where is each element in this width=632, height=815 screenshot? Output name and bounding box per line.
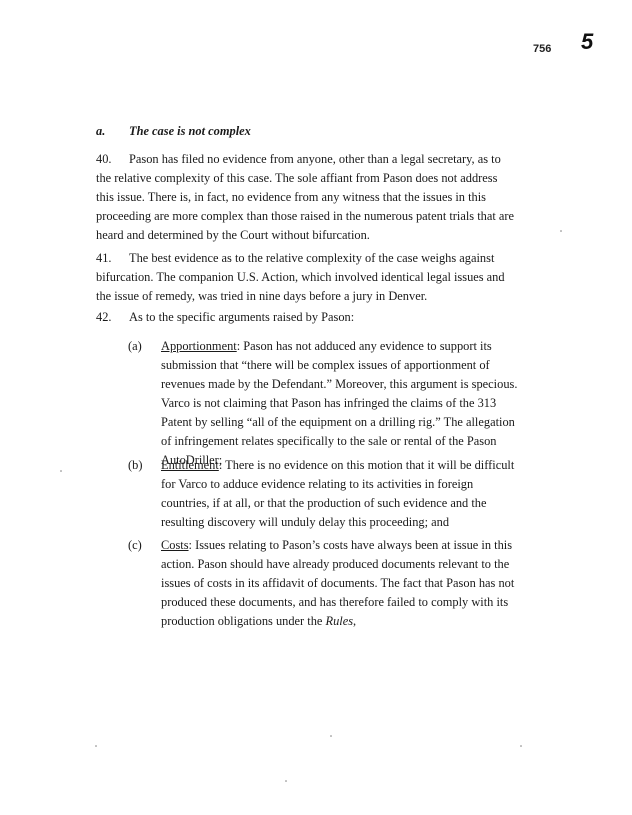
paragraph-text: The best evidence as to the relative com… (96, 251, 505, 303)
subparagraph-heading: Entitlement (161, 458, 219, 472)
paragraph-41: 41.The best evidence as to the relative … (96, 249, 516, 306)
section-title: The case is not complex (129, 124, 251, 138)
subparagraph-heading: Costs (161, 538, 189, 552)
page-number: 756 (533, 43, 551, 55)
paragraph-text: As to the specific arguments raised by P… (129, 310, 354, 324)
scan-speck (520, 745, 522, 747)
subparagraph-label: (a) (128, 337, 142, 356)
scan-speck (560, 230, 562, 232)
subparagraph-text: : Pason has not adduced any evidence to … (161, 339, 517, 467)
paragraph-text: Pason has filed no evidence from anyone,… (96, 152, 514, 242)
subparagraph-heading: Apportionment (161, 339, 237, 353)
scan-speck (95, 745, 97, 747)
paragraph-number: 41. (96, 249, 129, 268)
subparagraph-c: (c) Costs: Issues relating to Pason’s co… (128, 536, 520, 631)
paragraph-number: 40. (96, 150, 129, 169)
subparagraph-label: (c) (128, 536, 142, 555)
section-heading: a.The case is not complex (96, 122, 251, 141)
scan-speck (60, 470, 62, 472)
subparagraph-a: (a) Apportionment: Pason has not adduced… (128, 337, 520, 470)
scan-speck (330, 735, 332, 737)
subparagraph-label: (b) (128, 456, 142, 475)
paragraph-40: 40.Pason has filed no evidence from anyo… (96, 150, 516, 245)
section-letter: a. (96, 122, 129, 141)
subparagraph-b: (b) Entitlement: There is no evidence on… (128, 456, 520, 532)
tab-number: 5 (581, 29, 593, 55)
rules-italic: Rules (326, 614, 354, 628)
paragraph-number: 42. (96, 308, 129, 327)
scan-speck (285, 780, 287, 782)
paragraph-42: 42.As to the specific arguments raised b… (96, 308, 516, 327)
